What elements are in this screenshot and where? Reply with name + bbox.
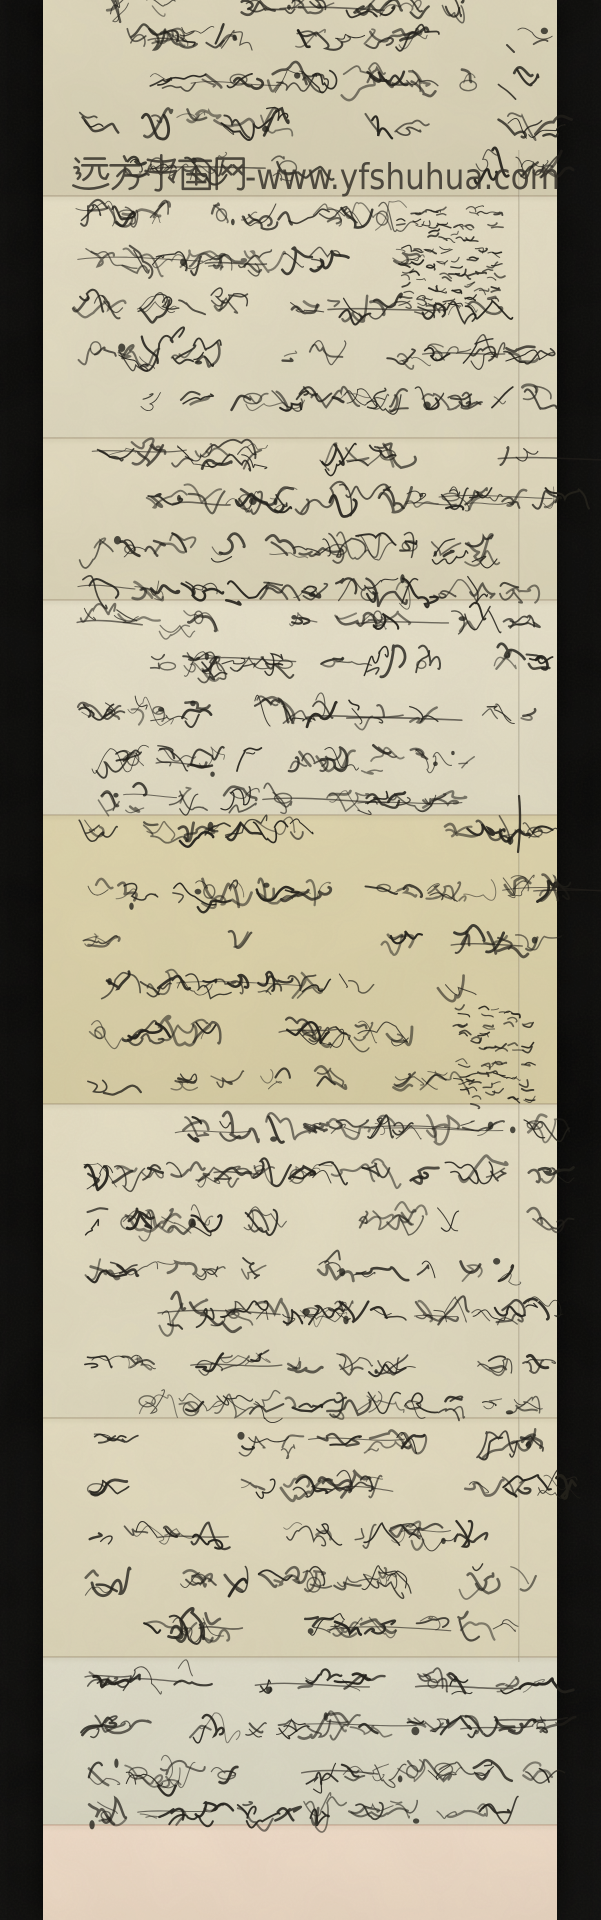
watermark-latin-text: -www.yfshuhua.com bbox=[245, 157, 560, 198]
calligraphy-layer: -www.yfshuhua.com bbox=[0, 0, 601, 1920]
artwork-photo: -www.yfshuhua.com bbox=[0, 0, 601, 1920]
